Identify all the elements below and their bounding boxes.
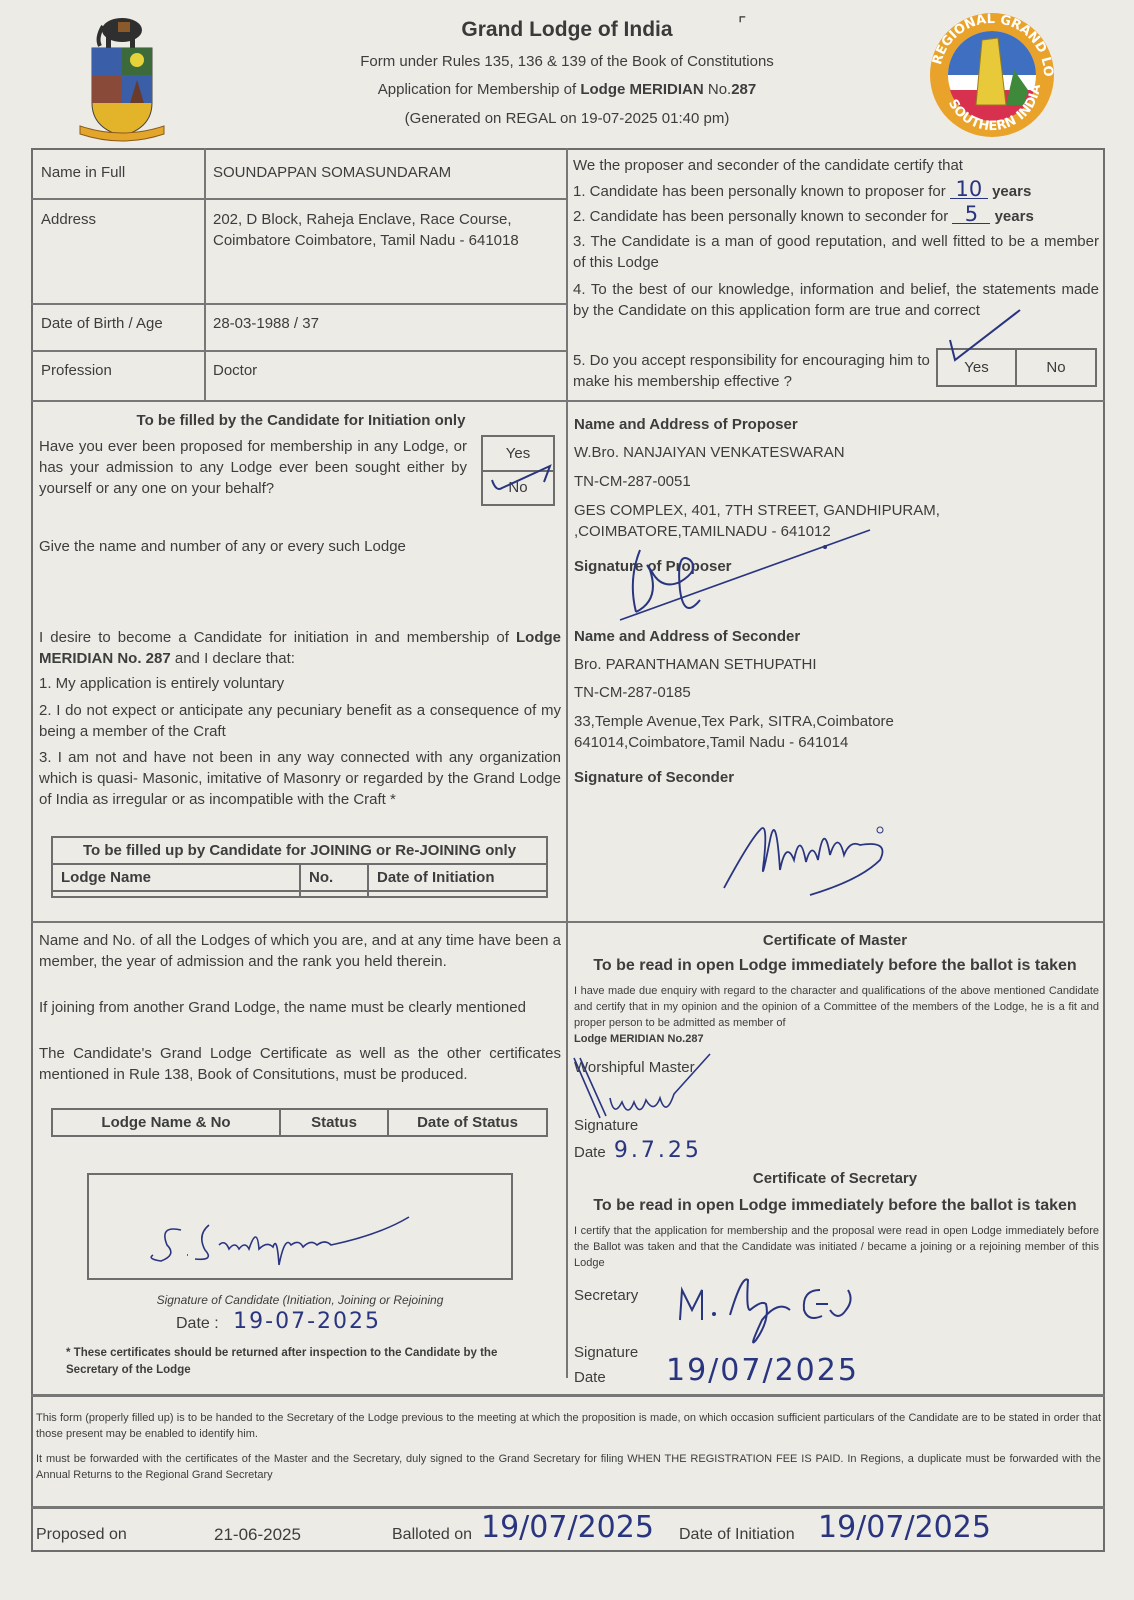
seconder-address: 33,Temple Avenue,Tex Park, SITRA,Coimbat…	[574, 711, 974, 753]
lodges-paragraph-3: The Candidate's Grand Lodge Certificate …	[39, 1043, 561, 1085]
proposed-on-label: Proposed on	[36, 1524, 127, 1545]
profession-value: Doctor	[213, 360, 257, 381]
center-divider	[566, 148, 568, 1378]
certify-item-3: 3. The Candidate is a man of good reputa…	[573, 231, 1099, 273]
responsibility-no-box[interactable]: No	[1015, 348, 1097, 387]
lodges-paragraph-2: If joining from another Grand Lodge, the…	[39, 997, 561, 1018]
give-lodge-name-label: Give the name and number of any or every…	[39, 536, 406, 557]
proposer-years-field[interactable]: 10	[950, 180, 988, 199]
master-title: Certificate of Master	[570, 930, 1100, 951]
proposed-on-value: 21-06-2025	[214, 1524, 301, 1545]
candidate-date-label: Date :	[176, 1315, 219, 1332]
declaration-intro: I desire to become a Candidate for initi…	[39, 627, 561, 669]
seconder-signature-label: Signature of Seconder	[574, 767, 734, 788]
section-divider	[31, 1394, 1105, 1397]
joining-col-date: Date of Initiation	[368, 864, 547, 891]
lodge-number: 287	[731, 81, 756, 98]
joining-empty-cell[interactable]	[300, 891, 368, 897]
form-rules-line: Form under Rules 135, 136 & 139 of the B…	[0, 53, 1134, 70]
secretary-signature-label: Signature	[574, 1342, 638, 1363]
lodge-name: Lodge MERIDIAN	[580, 81, 703, 98]
master-date-row: Date 9.7.25	[574, 1140, 702, 1163]
label-divider	[204, 148, 206, 402]
initiation-heading: To be filled by the Candidate for Initia…	[41, 410, 561, 431]
dob-label: Date of Birth / Age	[41, 313, 163, 334]
initiation-date-value[interactable]: 19/07/2025	[818, 1510, 991, 1545]
declaration-3: 3. I am not and have not been in any way…	[39, 747, 561, 810]
application-line: Application for Membership of Lodge MERI…	[0, 81, 1134, 98]
yes-check-mark-icon	[945, 305, 1025, 365]
master-signature-label: Signature	[574, 1115, 638, 1136]
candidate-signature-caption: Signature of Candidate (Initiation, Join…	[40, 1290, 560, 1311]
lodges-table: Lodge Name & No Status Date of Status	[51, 1108, 548, 1137]
candidate-signature	[89, 1175, 509, 1275]
address-value: 202, D Block, Raheja Enclave, Race Cours…	[213, 209, 553, 251]
lodges-paragraph-1: Name and No. of all the Lodges of which …	[39, 930, 561, 972]
initiation-date-label: Date of Initiation	[679, 1524, 795, 1545]
seconder-name: Bro. PARANTHAMAN SETHUPATHI	[574, 654, 817, 675]
candidate-date-value[interactable]: 19-07-2025	[233, 1309, 381, 1334]
secretary-title: Certificate of Secretary	[570, 1168, 1100, 1189]
lodges-col-name: Lodge Name & No	[52, 1109, 280, 1136]
master-text: I have made due enquiry with regard to t…	[574, 983, 1099, 1031]
secretary-subtitle: To be read in open Lodge immediately bef…	[570, 1195, 1100, 1216]
candidate-date-row: Date : 19-07-2025	[176, 1311, 381, 1334]
joining-heading: To be filled up by Candidate for JOINING…	[52, 837, 547, 864]
row-divider	[31, 303, 567, 305]
master-subtitle: To be read in open Lodge immediately bef…	[570, 955, 1100, 976]
joining-empty-cell[interactable]	[52, 891, 300, 897]
balloted-on-value[interactable]: 19/07/2025	[481, 1510, 654, 1545]
check-mark-scribble: ⌜	[738, 14, 746, 35]
candidate-signature-box[interactable]	[87, 1173, 513, 1280]
joining-col-no: No.	[300, 864, 368, 891]
certify-item-5: 5. Do you accept responsibility for enco…	[573, 350, 933, 392]
seconder-id: TN-CM-287-0185	[574, 682, 691, 703]
seconder-years-field[interactable]: 5	[952, 205, 990, 224]
secretary-date-value[interactable]: 19/07/2025	[666, 1353, 859, 1388]
note-handing: This form (properly filled up) is to be …	[36, 1410, 1101, 1442]
secretary-signature	[670, 1270, 890, 1350]
joining-empty-cell[interactable]	[368, 891, 547, 897]
certify-intro: We the proposer and seconder of the cand…	[573, 155, 1099, 176]
master-lodge: Lodge MERIDIAN No.287	[574, 1031, 704, 1047]
joining-col-lodge-name: Lodge Name	[52, 864, 300, 891]
dob-value: 28-03-1988 / 37	[213, 313, 319, 334]
row-divider	[31, 350, 567, 352]
declaration-2: 2. I do not expect or anticipate any pec…	[39, 700, 561, 742]
section-divider	[31, 400, 1105, 402]
proposer-signature	[600, 520, 920, 630]
proposer-heading: Name and Address of Proposer	[574, 414, 798, 435]
row-divider	[31, 198, 567, 200]
name-value: SOUNDAPPAN SOMASUNDARAM	[213, 162, 451, 183]
proposer-id: TN-CM-287-0051	[574, 471, 691, 492]
proposer-name: W.Bro. NANJAIYAN VENKATESWARAN	[574, 442, 845, 463]
no-check-mark-icon	[488, 462, 560, 502]
seconder-signature	[720, 800, 940, 910]
secretary-role-label: Secretary	[574, 1285, 638, 1306]
name-label: Name in Full	[41, 162, 125, 183]
section-divider	[31, 1506, 1105, 1509]
balloted-on-label: Balloted on	[392, 1524, 472, 1545]
seconder-heading: Name and Address of Seconder	[574, 626, 800, 647]
joining-table: To be filled up by Candidate for JOINING…	[51, 836, 548, 898]
lodges-col-status: Status	[280, 1109, 388, 1136]
secretary-date-label: Date	[574, 1367, 606, 1388]
initiation-question: Have you ever been proposed for membersh…	[39, 436, 467, 499]
declaration-1: 1. My application is entirely voluntary	[39, 673, 561, 694]
certify-item-1: 1. Candidate has been personally known t…	[573, 180, 1099, 202]
certify-item-2: 2. Candidate has been personally known t…	[573, 205, 1099, 227]
section-divider	[31, 921, 1105, 923]
generated-line: (Generated on REGAL on 19-07-2025 01:40 …	[0, 110, 1134, 127]
secretary-text: I certify that the application for membe…	[574, 1223, 1099, 1271]
page-title: Grand Lodge of India	[0, 18, 1134, 42]
address-label: Address	[41, 209, 96, 230]
certificates-footnote: * These certificates should be returned …	[66, 1345, 546, 1379]
note-forwarding: It must be forwarded with the certificat…	[36, 1451, 1101, 1483]
master-date-value[interactable]: 9.7.25	[614, 1138, 702, 1163]
lodges-col-date: Date of Status	[388, 1109, 547, 1136]
profession-label: Profession	[41, 360, 112, 381]
